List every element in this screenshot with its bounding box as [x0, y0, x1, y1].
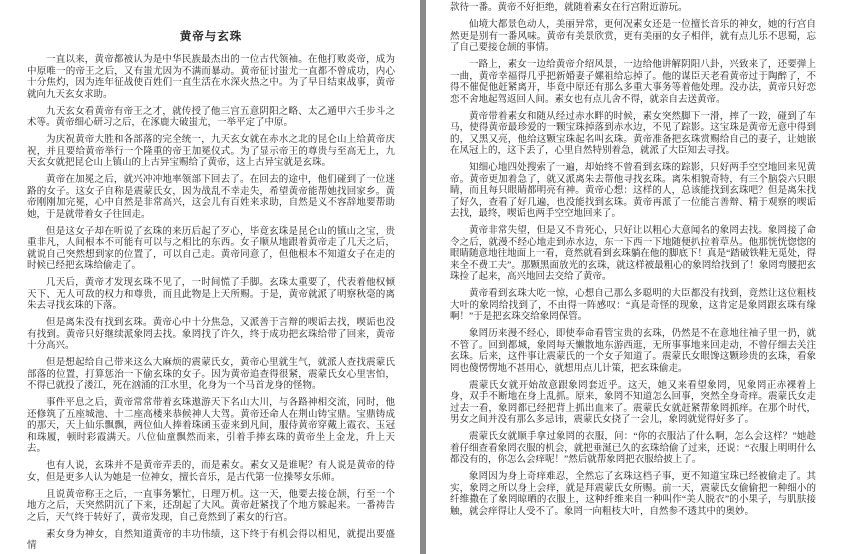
paragraph: 款待一番。黄帝不好拒绝，就随着素女在行宫附近游玩。: [450, 3, 816, 15]
paragraph: 知细心地四处搜索了一遍，却始终不曾看到玄珠的踪影，只好两手空空地回来见黄帝。黄帝…: [450, 163, 816, 221]
paragraph: 仙境大都景色动人，美丽异常，更何况素女还是一位擅长音乐的神女，她的行宫自然更是别…: [450, 20, 816, 55]
paragraph: 也有人说，玄珠并不是黄帝弄丢的，而是素女。素女又是谁呢？有人说是黄帝的侍女，但是…: [27, 461, 395, 484]
paragraph: 但是想起给自己带来这么大麻烦的震蒙氏女，黄帝心里就生气，就派人查找震蒙氏部落的位…: [27, 358, 395, 393]
left-page: 黄帝与玄珠 一直以来，黄帝都被认为是中华民族最杰出的一位古代领袖。在他打败炎帝，…: [0, 0, 420, 554]
paragraph: 一路上，素女一边给黄帝介绍风景，一边给他讲解阴阳八卦，兴致来了，还要弹上一曲，黄…: [450, 60, 816, 106]
paragraph: 象罔历来漫不经心，即使奉命看管宝贵的玄珠，仍然是不在意地往袖子里一扔，就不管了。…: [450, 329, 816, 375]
paragraph: 九天玄女看黄帝有帝王之才，就传授了他三宫五意阴阳之略、太乙遁甲六壬步斗之术等。黄…: [27, 107, 395, 130]
paragraph: 为庆祝黄帝大胜和各部落的完全统一，九天玄女就在赤水之北的昆仑山上给黄帝庆祝，并且…: [27, 135, 395, 170]
paragraph: 震蒙氏女就开始故意跟象罔套近乎。这天，她又来看望象罔，见象罔正赤裸着上身，双手不…: [450, 381, 816, 427]
paragraph: 但是离朱没有找到玄珠。黄帝心中十分焦急，又派善于言辩的喫诟去找，喫诟也没有找到。…: [27, 318, 395, 353]
paragraph: 几天后，黄帝才发现玄珠不见了，一时间慌了手脚。玄珠太重要了，代表着他权倾天下、无…: [27, 278, 395, 313]
paragraph: 素女身为神女，自然知道黄帝的丰功伟绩，这下终于有机会得以相见，就提出要盛情: [27, 530, 395, 553]
paragraph: 黄帝非常失望，但是又不肯死心，只好让以粗心大意闻名的象罔去找。象罔接了命令之后，…: [450, 226, 816, 284]
document-viewer: 黄帝与玄珠 一直以来，黄帝都被认为是中华民族最杰出的一位古代领袖。在他打败炎帝，…: [0, 0, 842, 554]
paragraph: 黄帝在加冕之后，就兴冲冲地率领部下回去了。在回去的途中，他们碰到了一位迷路的女子…: [27, 175, 395, 221]
right-page: 款待一番。黄帝不好拒绝，就随着素女在行宫附近游玩。 仙境大都景色动人，美丽异常，…: [426, 0, 842, 554]
paragraph: 一直以来，黄帝都被认为是中华民族最杰出的一位古代领袖。在他打败炎帝，成为中原唯一…: [27, 55, 395, 101]
paragraph: 黄帝看到玄珠大吃一惊，心想自己那么多聪明的大臣都没有找到，竟然让这位粗枝大叶的象…: [450, 289, 816, 324]
paragraph: 象罔因为身上奇痒难忍，全然忘了玄珠这档子事，更不知道宝珠已经被偷走了。其实，象罔…: [450, 472, 816, 518]
paragraph: 事件平息之后，黄帝常常带着玄珠遨游天下名山大川，与各路神相交流，同时，他还修筑了…: [27, 398, 395, 456]
page-title: 黄帝与玄珠: [27, 28, 395, 44]
paragraph: 但是这女子却在听说了玄珠的来历后起了歹心，毕竟玄珠是昆仑山的镇山之宝，贵重非凡，…: [27, 227, 395, 273]
paragraph: 且说黄帝称王之后，一直事务繁忙，日理万机。这一天，他要去接仓颉，行至一个地方之后…: [27, 490, 395, 525]
paragraph: 震蒙氏女就顺手拿过象罔的衣服，问：“你的衣服沾了什么啊，怎么会这样？”她趁着仔细…: [450, 432, 816, 467]
paragraph: 黄帝带着素女和随从经过赤水畔的时候，素女突然脚下一滑，摔了一跤，碰到了车马，使得…: [450, 112, 816, 158]
